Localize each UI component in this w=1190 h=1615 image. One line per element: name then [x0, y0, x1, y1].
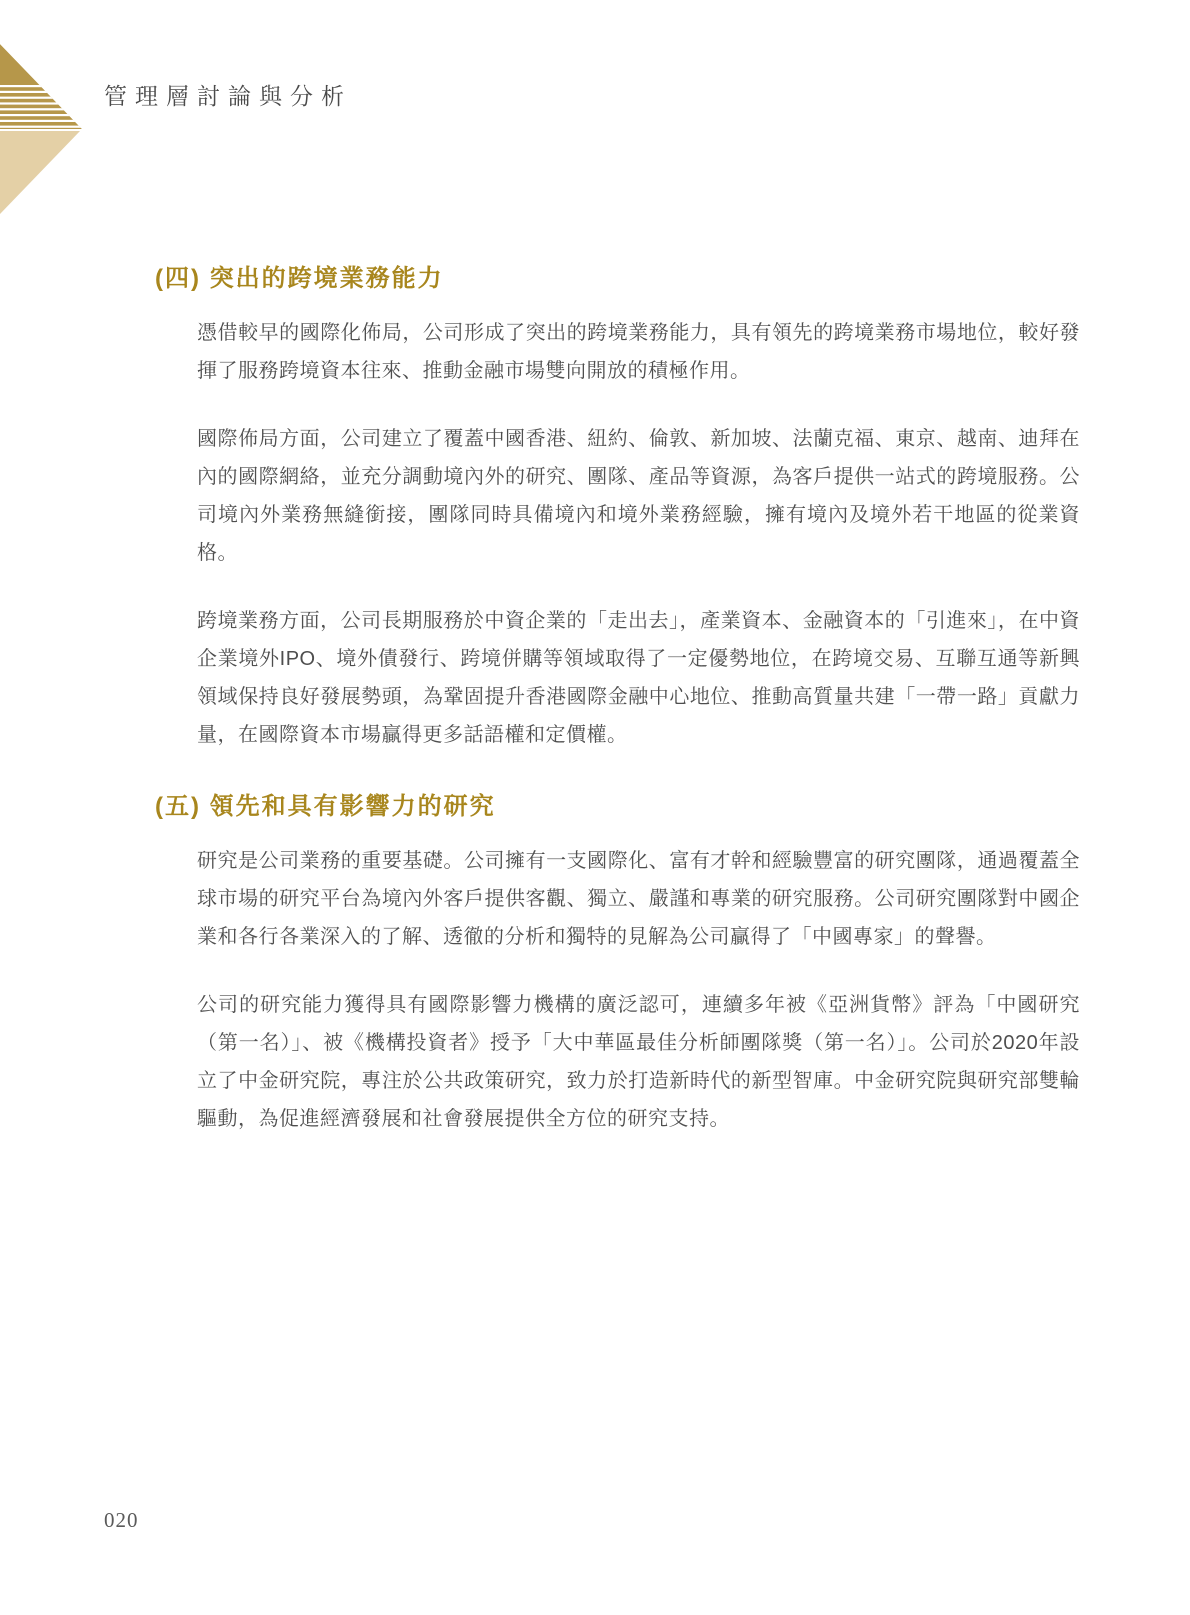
main-content: (四) 突出的跨境業務能力 憑借較早的國際化佈局，公司形成了突出的跨境業務能力，…: [155, 262, 1080, 1168]
body-paragraph: 跨境業務方面，公司長期服務於中資企業的「走出去」，產業資本、金融資本的「引進來」…: [197, 602, 1080, 754]
document-page: 管理層討論與分析 (四) 突出的跨境業務能力 憑借較早的國際化佈局，公司形成了突…: [0, 0, 1190, 1615]
body-paragraph: 公司的研究能力獲得具有國際影響力機構的廣泛認可，連續多年被《亞洲貨幣》評為「中國…: [197, 986, 1080, 1138]
body-paragraph: 憑借較早的國際化佈局，公司形成了突出的跨境業務能力，具有領先的跨境業務市場地位，…: [197, 314, 1080, 390]
page-header-title: 管理層討論與分析: [104, 82, 352, 112]
body-paragraph: 研究是公司業務的重要基礎。公司擁有一支國際化、富有才幹和經驗豐富的研究團隊，通過…: [197, 842, 1080, 956]
page-number: 020: [104, 1508, 139, 1533]
section-heading-4: (四) 突出的跨境業務能力: [155, 262, 1080, 296]
body-paragraph: 國際佈局方面，公司建立了覆蓋中國香港、紐約、倫敦、新加坡、法蘭克福、東京、越南、…: [197, 420, 1080, 572]
section-heading-5: (五) 領先和具有影響力的研究: [155, 790, 1080, 824]
striped-triangle-logo-icon: [0, 44, 84, 214]
